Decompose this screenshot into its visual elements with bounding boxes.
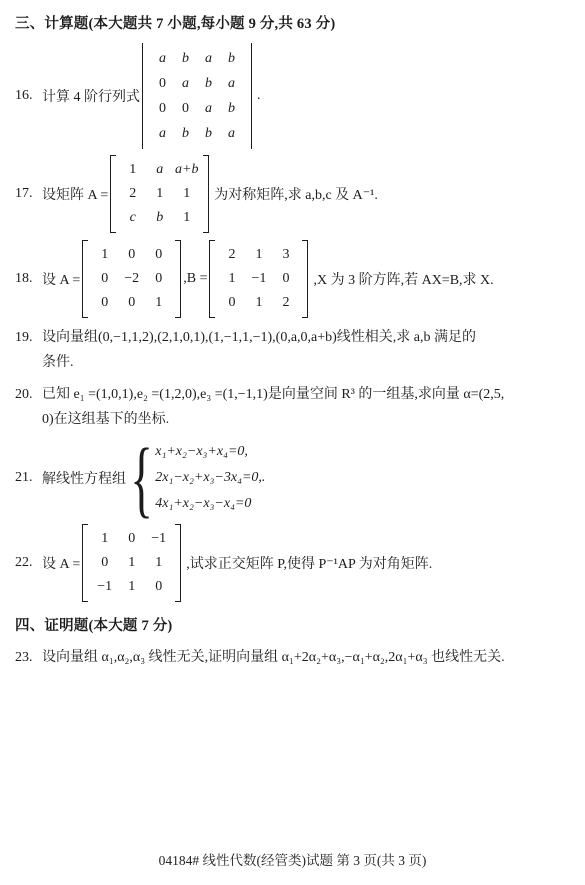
matrix-cell: 0 (145, 575, 172, 599)
matrix-row: 0aba (151, 71, 243, 96)
matrix-row: 001 (91, 291, 172, 315)
matrix-row: 011 (91, 551, 172, 575)
matrix-cell: −1 (91, 575, 118, 599)
matrix-cell: 0 (145, 243, 172, 267)
matrix-cell: 0 (91, 267, 118, 291)
matrix-cell: a (220, 71, 243, 96)
problem-23-number: 23. (15, 645, 42, 670)
problem-23-line1: 设向量组 α₁,α₂,α₃ 线性无关,证明向量组 α₁+2α₂+α₃,−α₁+α… (42, 645, 505, 670)
matrix-row: abab (151, 46, 243, 71)
matrix-cell: a (151, 46, 174, 71)
matrix-row: 0−20 (91, 267, 172, 291)
matrix-cell: b (174, 46, 197, 71)
problem-17-tail: 为对称矩阵,求 a,b,c 及 A⁻¹. (214, 184, 378, 204)
matrix-cell: −2 (118, 267, 145, 291)
matrix-cell: 1 (218, 267, 245, 291)
matrix-cell: 0 (218, 291, 245, 315)
matrix-cell: 1 (245, 243, 272, 267)
problem-22: 22. 设 A = 10−1011−110 ,试求正交矩阵 P,使得 P⁻¹AP… (15, 524, 571, 602)
matrix-row: 213 (218, 243, 299, 267)
matrix-cell: b (174, 121, 197, 146)
problem-22-tail: ,试求正交矩阵 P,使得 P⁻¹AP 为对角矩阵. (186, 553, 432, 573)
matrix-cell: 0 (145, 267, 172, 291)
matrix-cell: 1 (173, 182, 200, 206)
matrix-17: 1aa+b211cb1 (110, 155, 209, 233)
matrix-cell: b (146, 206, 173, 230)
matrix-row: 1−10 (218, 267, 299, 291)
problem-18: 18. 设 A = 1000−20001 ,B = 2131−10012 ,X … (15, 240, 571, 318)
matrix-row: 00ab (151, 96, 243, 121)
matrix-cell: b (220, 96, 243, 121)
matrix-row: 10−1 (91, 527, 172, 551)
matrix-row: 1aa+b (119, 158, 200, 182)
problem-18-mid: ,B = (183, 271, 207, 287)
matrix-cell: 0 (118, 527, 145, 551)
matrix-cell: 2 (218, 243, 245, 267)
matrix-cell: −1 (145, 527, 172, 551)
matrix-18-b: 2131−10012 (209, 240, 308, 318)
matrix-cell: 0 (151, 71, 174, 96)
problem-20: 20. 已知 e₁ =(1,0,1),e₂ =(1,2,0),e₃ =(1,−1… (15, 382, 571, 432)
problem-21-lead: 解线性方程组 (42, 468, 126, 488)
matrix-cell: a (220, 121, 243, 146)
matrix-cell: 1 (91, 527, 118, 551)
matrix-cell: a (174, 71, 197, 96)
problem-19-line2: 条件. (42, 350, 476, 375)
problem-16: 16. 计算 4 阶行列式 abab0aba00ababba . (15, 43, 571, 149)
matrix-cell: a (146, 158, 173, 182)
equation: 4x₁+x₂−x₃−x₄=0 (155, 491, 265, 517)
matrix-row: 012 (218, 291, 299, 315)
equations-21: x₁+x₂−x₃+x₄=0,2x₁−x₂+x₃−3x₄=0,.4x₁+x₂−x₃… (155, 439, 265, 517)
problem-19-line1: 设向量组(0,−1,1,2),(2,1,0,1),(1,−1,1,−1),(0,… (42, 325, 476, 350)
matrix-cell: −1 (245, 267, 272, 291)
matrix-22: 10−1011−110 (82, 524, 181, 602)
matrix-row: −110 (91, 575, 172, 599)
section-3-heading: 三、计算题(本大题共 7 小题,每小题 9 分,共 63 分) (15, 12, 571, 33)
matrix-cell: 0 (151, 96, 174, 121)
matrix-cell: b (197, 121, 220, 146)
equation: 2x₁−x₂+x₃−3x₄=0,. (155, 465, 265, 491)
matrix-row: 211 (119, 182, 200, 206)
problem-19: 19. 设向量组(0,−1,1,2),(2,1,0,1),(1,−1,1,−1)… (15, 325, 571, 375)
problem-23-text: 设向量组 α₁,α₂,α₃ 线性无关,证明向量组 α₁+2α₂+α₃,−α₁+α… (42, 645, 505, 670)
matrix-cell: 0 (174, 96, 197, 121)
matrix-cell: a+b (173, 158, 200, 182)
matrix-row: abba (151, 121, 243, 146)
matrix-cell: 1 (145, 291, 172, 315)
problem-22-lead: 设 A = (42, 553, 80, 573)
problem-19-number: 19. (15, 325, 42, 350)
problem-19-text: 设向量组(0,−1,1,2),(2,1,0,1),(1,−1,1,−1),(0,… (42, 325, 476, 375)
matrix-cell: 1 (119, 158, 146, 182)
matrix-cell: 0 (118, 291, 145, 315)
matrix-cell: a (197, 46, 220, 71)
section-4-heading: 四、证明题(本大题 7 分) (15, 614, 571, 635)
matrix-cell: a (151, 121, 174, 146)
problem-16-lead: 计算 4 阶行列式 (42, 86, 140, 106)
problem-20-line1: 已知 e₁ =(1,0,1),e₂ =(1,2,0),e₃ =(1,−1,1)是… (42, 382, 504, 407)
matrix-cell: b (197, 71, 220, 96)
matrix-cell: 1 (91, 243, 118, 267)
problem-21-number: 21. (15, 470, 42, 486)
problem-20-line2: 0)在这组基下的坐标. (42, 407, 504, 432)
matrix-cell: 3 (272, 243, 299, 267)
matrix-cell: a (197, 96, 220, 121)
problem-17-number: 17. (15, 186, 42, 202)
matrix-cell: 1 (146, 182, 173, 206)
matrix-cell: 1 (245, 291, 272, 315)
matrix-cell: 1 (145, 551, 172, 575)
matrix-row: cb1 (119, 206, 200, 230)
problem-23: 23. 设向量组 α₁,α₂,α₃ 线性无关,证明向量组 α₁+2α₂+α₃,−… (15, 645, 571, 670)
matrix-cell: 1 (118, 575, 145, 599)
exam-page: 三、计算题(本大题共 7 小题,每小题 9 分,共 63 分) 16. 计算 4… (0, 0, 585, 670)
matrix-cell: 2 (272, 291, 299, 315)
problem-16-number: 16. (15, 88, 42, 104)
matrix-cell: 0 (272, 267, 299, 291)
problem-18-tail: ,X 为 3 阶方阵,若 AX=B,求 X. (313, 269, 493, 289)
matrix-cell: c (119, 206, 146, 230)
matrix-18-a: 1000−20001 (82, 240, 181, 318)
matrix-cell: b (220, 46, 243, 71)
problem-20-text: 已知 e₁ =(1,0,1),e₂ =(1,2,0),e₃ =(1,−1,1)是… (42, 382, 504, 432)
matrix-cell: 2 (119, 182, 146, 206)
problem-18-lead: 设 A = (42, 269, 80, 289)
left-brace: { (130, 439, 153, 517)
problem-21: 21. 解线性方程组 { x₁+x₂−x₃+x₄=0,2x₁−x₂+x₃−3x₄… (15, 439, 571, 517)
problem-20-number: 20. (15, 382, 42, 407)
problem-16-tail: . (257, 88, 261, 104)
equation: x₁+x₂−x₃+x₄=0, (155, 439, 265, 465)
equation-system-21: { x₁+x₂−x₃+x₄=0,2x₁−x₂+x₃−3x₄=0,.4x₁+x₂−… (126, 439, 265, 517)
matrix-cell: 0 (91, 551, 118, 575)
problem-22-number: 22. (15, 555, 42, 571)
problem-17-lead: 设矩阵 A = (42, 184, 108, 204)
page-footer: 04184# 线性代数(经管类)试题 第 3 页(共 3 页) (0, 849, 585, 869)
matrix-cell: 0 (118, 243, 145, 267)
matrix-cell: 0 (91, 291, 118, 315)
problem-18-number: 18. (15, 271, 42, 287)
determinant-16: abab0aba00ababba (142, 43, 252, 149)
matrix-cell: 1 (118, 551, 145, 575)
matrix-row: 100 (91, 243, 172, 267)
problem-17: 17. 设矩阵 A = 1aa+b211cb1 为对称矩阵,求 a,b,c 及 … (15, 155, 571, 233)
matrix-cell: 1 (173, 206, 200, 230)
